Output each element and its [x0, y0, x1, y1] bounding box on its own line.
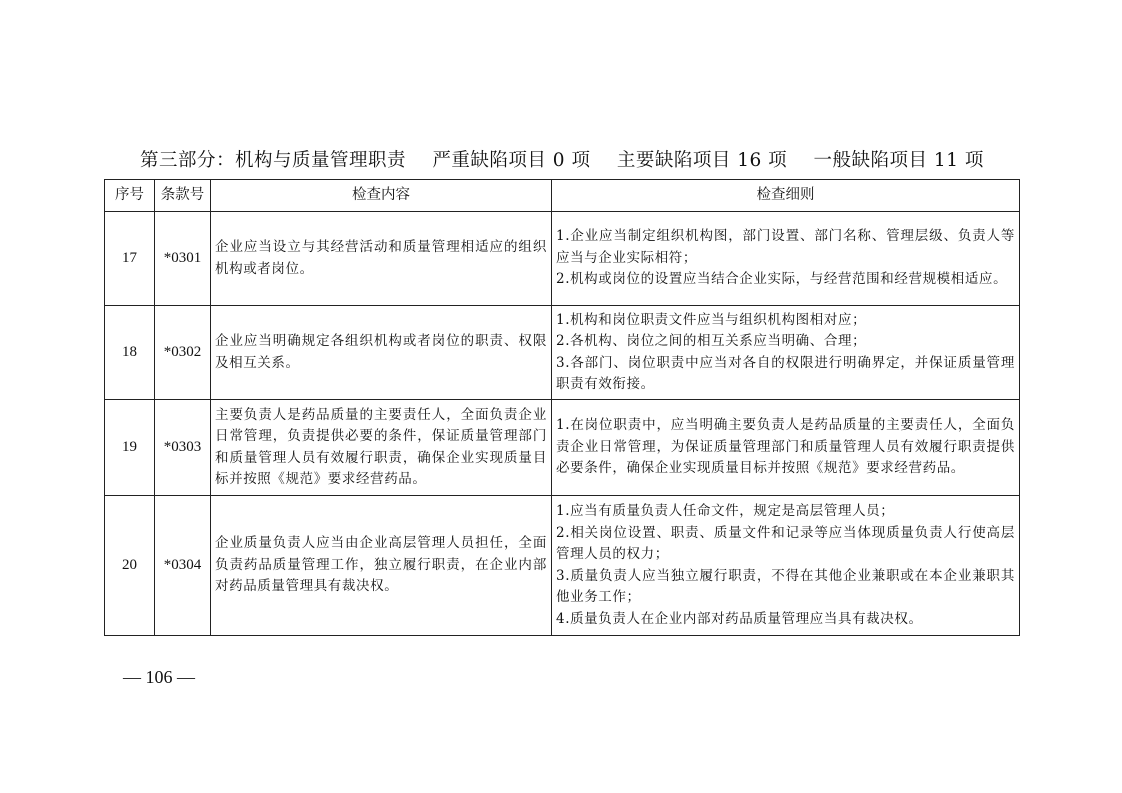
row-details: 1.在岗位职责中，应当明确主要负责人是药品质量的主要责任人，全面负责企业日常管理… [552, 400, 1020, 496]
table-row: 19 *0303 主要负责人是药品质量的主要责任人，全面负责企业日常管理，负责提… [105, 400, 1020, 496]
page-number: — 106 — [123, 667, 195, 688]
detail-item: 1.企业应当制定组织机构图，部门设置、部门名称、管理层级、负责人等应当与企业实际… [556, 226, 1015, 269]
header-details: 检查细则 [552, 180, 1020, 212]
row-no: 17 [105, 212, 155, 306]
row-no: 18 [105, 306, 155, 400]
row-content: 企业应当设立与其经营活动和质量管理相适应的组织机构或者岗位。 [211, 212, 552, 306]
row-content: 企业质量负责人应当由企业高层管理人员担任，全面负责药品质量管理工作，独立履行职责… [211, 496, 552, 636]
detail-item: 2.机构或岗位的设置应当结合企业实际，与经营范围和经营规模相适应。 [556, 269, 1015, 291]
row-clause: *0303 [155, 400, 211, 496]
table-row: 17 *0301 企业应当设立与其经营活动和质量管理相适应的组织机构或者岗位。 … [105, 212, 1020, 306]
section-heading: 第三部分：机构与质量管理职责 严重缺陷项目 0 项 主要缺陷项目 16 项 一般… [140, 146, 1040, 172]
detail-item: 1.机构和岗位职责文件应当与组织机构图相对应； [556, 310, 1015, 332]
detail-item: 3.各部门、岗位职责中应当对各自的权限进行明确界定，并保证质量管理职责有效衔接。 [556, 353, 1015, 396]
section-title: 第三部分：机构与质量管理职责 [140, 150, 406, 171]
detail-item: 1.应当有质量负责人任命文件，规定是高层管理人员； [556, 501, 1015, 523]
table-row: 18 *0302 企业应当明确规定各组织机构或者岗位的职责、权限及相互关系。 1… [105, 306, 1020, 400]
table-header-row: 序号 条款号 检查内容 检查细则 [105, 180, 1020, 212]
header-no: 序号 [105, 180, 155, 212]
row-no: 20 [105, 496, 155, 636]
header-content: 检查内容 [211, 180, 552, 212]
row-content: 主要负责人是药品质量的主要责任人，全面负责企业日常管理，负责提供必要的条件，保证… [211, 400, 552, 496]
detail-item: 4.质量负责人在企业内部对药品质量管理应当具有裁决权。 [556, 609, 1015, 631]
detail-item: 3.质量负责人应当独立履行职责，不得在其他企业兼职或在本企业兼职其他业务工作； [556, 566, 1015, 609]
major-defect-count: 主要缺陷项目 16 项 [617, 150, 787, 171]
detail-item: 2.各机构、岗位之间的相互关系应当明确、合理； [556, 331, 1015, 353]
serious-defect-count: 严重缺陷项目 0 项 [432, 150, 590, 171]
row-clause: *0302 [155, 306, 211, 400]
header-clause: 条款号 [155, 180, 211, 212]
row-details: 1.企业应当制定组织机构图，部门设置、部门名称、管理层级、负责人等应当与企业实际… [552, 212, 1020, 306]
row-details: 1.应当有质量负责人任命文件，规定是高层管理人员； 2.相关岗位设置、职责、质量… [552, 496, 1020, 636]
detail-item: 2.相关岗位设置、职责、质量文件和记录等应当体现质量负责人行使高层管理人员的权力… [556, 523, 1015, 566]
detail-item: 1.在岗位职责中，应当明确主要负责人是药品质量的主要责任人，全面负责企业日常管理… [556, 415, 1015, 480]
row-clause: *0301 [155, 212, 211, 306]
table-row: 20 *0304 企业质量负责人应当由企业高层管理人员担任，全面负责药品质量管理… [105, 496, 1020, 636]
row-details: 1.机构和岗位职责文件应当与组织机构图相对应； 2.各机构、岗位之间的相互关系应… [552, 306, 1020, 400]
row-content: 企业应当明确规定各组织机构或者岗位的职责、权限及相互关系。 [211, 306, 552, 400]
inspection-table: 序号 条款号 检查内容 检查细则 17 *0301 企业应当设立与其经营活动和质… [104, 179, 1020, 636]
row-clause: *0304 [155, 496, 211, 636]
general-defect-count: 一般缺陷项目 11 项 [814, 150, 984, 171]
row-no: 19 [105, 400, 155, 496]
